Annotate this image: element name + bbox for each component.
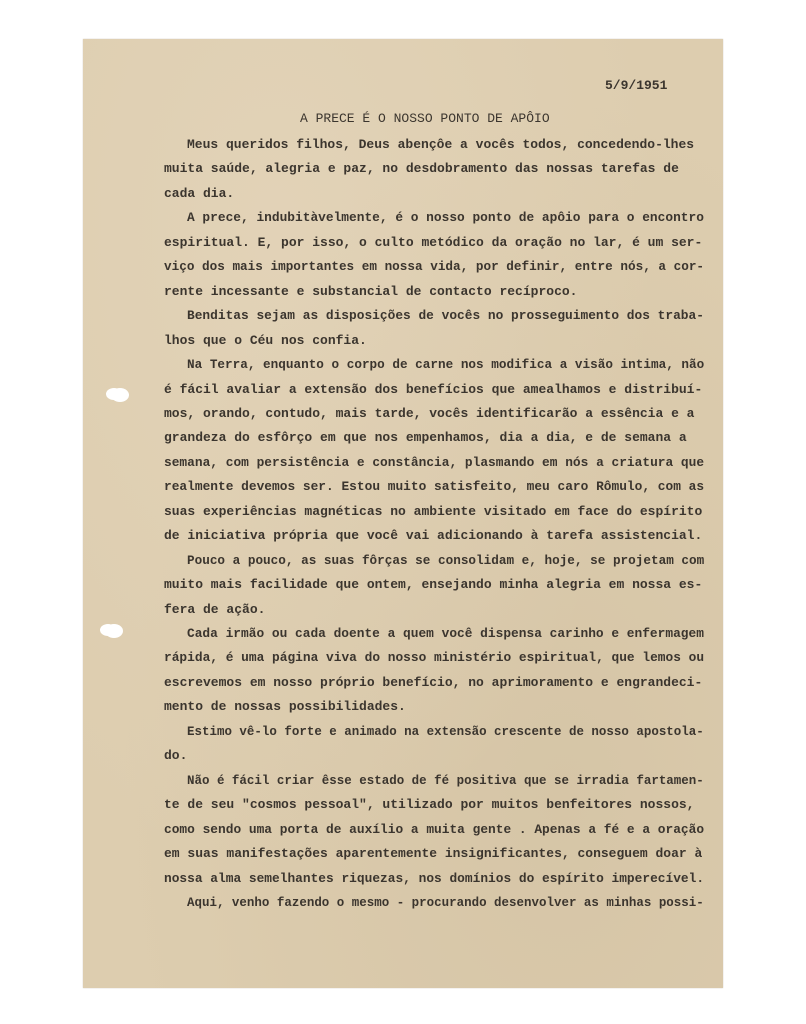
document-date: 5/9/1951: [605, 78, 667, 94]
body-line: espiritual. E, por isso, o culto metódic…: [164, 235, 702, 251]
body-line: de iniciativa própria que você vai adici…: [164, 528, 702, 544]
body-line: Não é fácil criar êsse estado de fé posi…: [187, 773, 704, 789]
body-line: como sendo uma porta de auxílio a muita …: [164, 822, 704, 838]
body-line: Aqui, venho fazendo o mesmo - procurando…: [187, 895, 704, 911]
body-line: mos, orando, contudo, mais tarde, vocês …: [164, 406, 695, 422]
body-line: suas experiências magnéticas no ambiente…: [164, 504, 702, 520]
body-line: lhos que o Céu nos confia.: [164, 333, 367, 349]
body-line: realmente devemos ser. Estou muito satis…: [164, 479, 704, 495]
punch-hole: [100, 624, 116, 636]
body-line: fera de ação.: [164, 602, 265, 618]
body-line: grandeza do esfôrço em que nos empenhamo…: [164, 430, 687, 446]
body-line: escrevemos em nosso próprio benefício, n…: [164, 675, 702, 691]
body-line: Na Terra, enquanto o corpo de carne nos …: [187, 357, 704, 373]
body-line: viço dos mais importantes em nossa vida,…: [164, 259, 704, 275]
body-line: muito mais facilidade que ontem, ensejan…: [164, 577, 702, 593]
body-line: mento de nossas possibilidades.: [164, 699, 406, 715]
body-line: em suas manifestações aparentemente insi…: [164, 846, 702, 862]
body-line: Pouco a pouco, as suas fôrças se consoli…: [187, 553, 704, 569]
body-line: cada dia.: [164, 186, 234, 202]
body-line: nossa alma semelhantes riquezas, nos dom…: [164, 871, 704, 887]
body-line: do.: [164, 748, 187, 764]
punch-hole: [106, 388, 122, 400]
body-line: Estimo vê-lo forte e animado na extensão…: [187, 724, 704, 740]
body-line: te de seu "cosmos pessoal", utilizado po…: [164, 797, 695, 813]
body-line: muita saúde, alegria e paz, no desdobram…: [164, 161, 679, 177]
body-line: rente incessante e substancial de contac…: [164, 284, 577, 300]
body-line: é fácil avaliar a extensão dos benefício…: [164, 382, 702, 398]
body-line: rápida, é uma página viva do nosso minis…: [164, 650, 704, 666]
body-line: semana, com persistência e constância, p…: [164, 455, 704, 471]
body-line: A prece, indubitàvelmente, é o nosso pon…: [187, 210, 704, 226]
document-title: A PRECE É O NOSSO PONTO DE APÔIO: [300, 111, 550, 127]
body-line: Cada irmão ou cada doente a quem você di…: [187, 626, 704, 642]
body-line: Meus queridos filhos, Deus abençôe a voc…: [187, 137, 694, 153]
body-line: Benditas sejam as disposições de vocês n…: [187, 308, 704, 324]
